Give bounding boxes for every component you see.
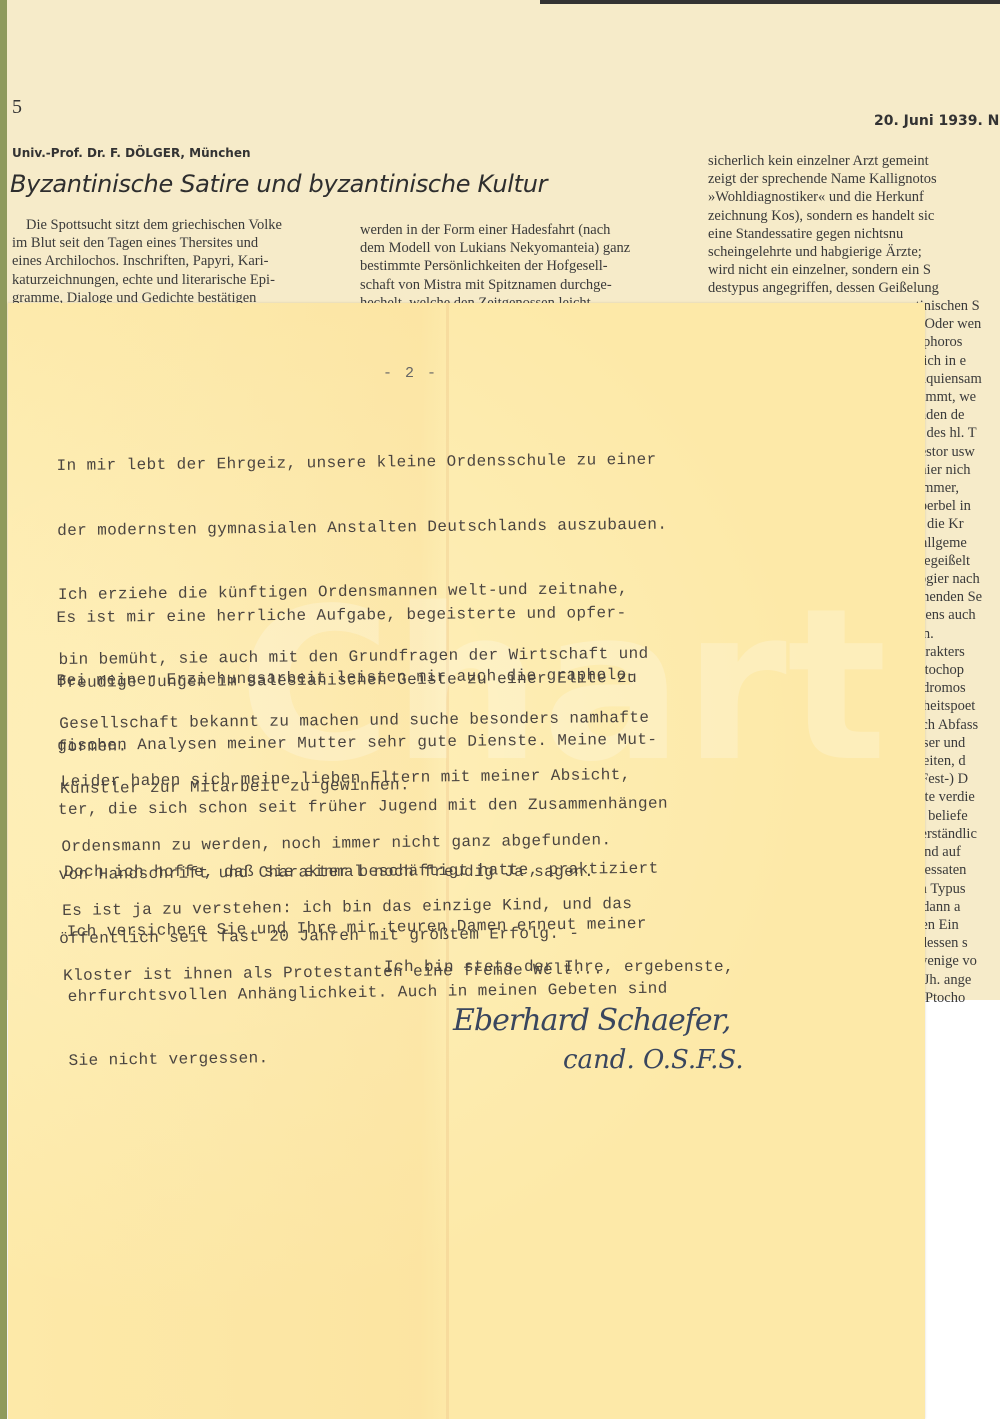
column-line: schaft von Mistra mit Spitznamen durchge… xyxy=(360,276,688,294)
handwritten-signature: Eberhard Schaefer, xyxy=(453,1003,730,1038)
column-line: bestimmte Persönlichkeiten der Hofgesell… xyxy=(360,257,688,275)
article-column-3: sicherlich kein einzelner Arzt gemeint z… xyxy=(708,152,1000,298)
letter-line: der modernsten gymnasialen Anstalten Deu… xyxy=(57,514,667,542)
column-line: wird nicht ein einzelner, sondern ein S xyxy=(708,261,1000,279)
letter-line: Ich versichere Sie und Ihre mir teuren D… xyxy=(67,914,667,944)
column-line: im Blut seit den Tagen eines Thersites u… xyxy=(12,234,338,252)
column-line: zeichnung Kos), sondern es handelt sic xyxy=(708,207,1000,225)
column-line: werden in der Form einer Hadesfahrt (nac… xyxy=(360,221,688,239)
letter-page-marker: - 2 - xyxy=(383,365,438,382)
letter-line: Leider haben sich meine lieben Eltern mi… xyxy=(61,765,631,793)
typewritten-letter: Chart - 2 - In mir lebt der Ehrgeiz, uns… xyxy=(8,303,925,1419)
letter-line: Bei meiner Erziehungsarbeit leisten mir … xyxy=(56,665,666,693)
column-line: »Wohldiagnostiker« und die Herkunf xyxy=(708,188,1000,206)
column-line: eine Standessatire gegen nichtsnu xyxy=(708,225,1000,243)
column-line: zeigt der sprechende Name Kallignotos xyxy=(708,170,1000,188)
newspaper-page-number: 5 xyxy=(12,96,22,119)
newspaper-issue-date: 20. Juni 1939. N xyxy=(874,113,999,129)
column-line: katurzeichnungen, echte und literarische… xyxy=(12,271,338,289)
column-line: sicherlich kein einzelner Arzt gemeint xyxy=(708,152,1000,170)
letter-closing: Ich bin stets der Ihre, ergebenste, xyxy=(384,958,734,976)
scan-top-edge xyxy=(540,0,1000,4)
column-line: Die Spottsucht sitzt dem griechischen Vo… xyxy=(12,216,338,234)
column-line: destypus angegriffen, dessen Geißelung xyxy=(708,279,1000,297)
article-headline: Byzantinische Satire und byzantinische K… xyxy=(10,170,547,198)
column-line: scheingelehrte und habgierige Ärzte; xyxy=(708,243,1000,261)
column-line: dem Modell von Lukians Nekyomanteia) gan… xyxy=(360,239,688,257)
column-line: eines Archilochos. Inschriften, Papyri, … xyxy=(12,252,338,270)
letter-line: In mir lebt der Ehrgeiz, unsere kleine O… xyxy=(56,450,666,478)
scan-edge-band xyxy=(0,0,7,1419)
article-author: Univ.-Prof. Dr. F. DÖLGER, München xyxy=(12,146,251,160)
article-column-2: werden in der Form einer Hadesfahrt (nac… xyxy=(360,221,688,312)
handwritten-title: cand. O.S.F.S. xyxy=(563,1045,744,1075)
letter-paragraph: Ich versichere Sie und Ihre mir teuren D… xyxy=(66,871,669,1116)
